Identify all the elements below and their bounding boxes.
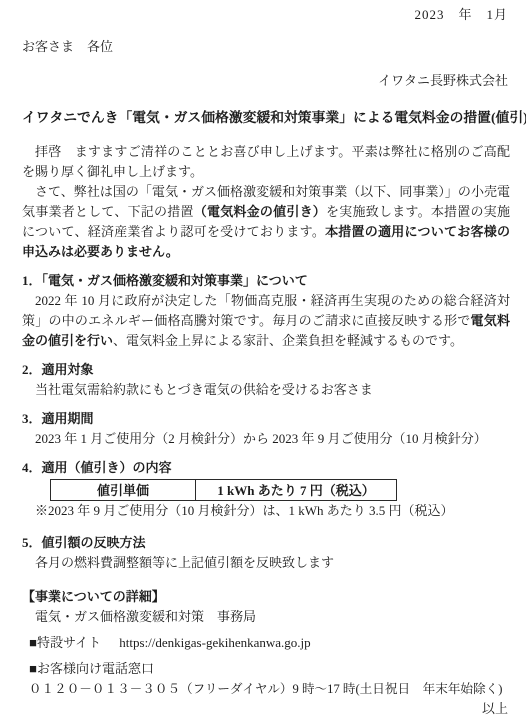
discount-table: 値引単価 1 kWh あたり 7 円（税込） [50, 479, 397, 501]
special-site-line: ■特設サイトhttps://denkigas-gekihenkanwa.go.j… [22, 633, 510, 653]
details-heading: 【事業についての詳細】 [22, 587, 510, 607]
closing-ijou: 以上 [22, 699, 510, 719]
intro-paragraph-announcement: さて、弊社は国の「電気・ガス価格激変緩和対策事業（以下、同事業）」の小売電気事業… [22, 182, 510, 262]
section-heading: 4．適用（値引き）の内容 [22, 458, 510, 478]
section-heading: 3．適用期間 [22, 409, 510, 429]
section-heading: 2．適用対象 [22, 360, 510, 380]
discount-unit-label: 値引単価 [51, 480, 196, 501]
section-body: 各月の燃料費調整額等に上記値引額を反映致します [22, 553, 510, 573]
section-period: 3．適用期間 2023 年 1 月ご使用分（2 月検針分）から 2023 年 9… [22, 409, 510, 449]
section-reflection-method: 5．値引額の反映方法 各月の燃料費調整額等に上記値引額を反映致します [22, 533, 510, 573]
discount-unit-value: 1 kWh あたり 7 円（税込） [196, 480, 397, 501]
letter-title: イワタニでんき「電気・ガス価格激変緩和対策事業」による電気料金の措置(値引) [22, 107, 510, 128]
site-url: https://denkigas-gekihenkanwa.go.jp [119, 635, 310, 650]
section-heading: 5．値引額の反映方法 [22, 533, 510, 553]
intro-paragraphs: 拝啓 ますますご清祥のこととお喜び申し上げます。平素は弊社に格別のご高配を賜り厚… [22, 142, 510, 262]
company-name: イワタニ長野株式会社 [22, 71, 510, 91]
site-label: ■特設サイト [29, 635, 101, 650]
phone-number: ０１２０－０１３－３０５（フリーダイヤル）9 時～17 時(土日祝日 年末年始除… [22, 679, 510, 699]
letter-page: 2023 年 1月 お客さま 各位 イワタニ長野株式会社 イワタニでんき「電気・… [0, 0, 526, 720]
section-eligibility: 2．適用対象 当社電気需給約款にもとづき電気の供給を受けるお客さま [22, 360, 510, 400]
section-program-overview: 1．「電気・ガス価格激変緩和対策事業」について 2022 年 10 月に政府が決… [22, 271, 510, 351]
section-body: 2022 年 10 月に政府が決定した「物価高克服・経済再生実現のための総合経済… [22, 291, 510, 351]
phone-window-label: ■お客様向け電話窓口 [22, 659, 510, 679]
section-discount-content: 4．適用（値引き）の内容 値引単価 1 kWh あたり 7 円（税込） ※202… [22, 458, 510, 521]
section-body: 当社電気需給約款にもとづき電気の供給を受けるお客さま [22, 380, 510, 400]
september-note: ※2023 年 9 月ご使用分（10 月検針分）は、1 kWh あたり 3.5 … [35, 501, 510, 521]
section-body: 2023 年 1 月ご使用分（2 月検針分）から 2023 年 9 月ご使用分（… [22, 429, 510, 449]
section-heading: 1．「電気・ガス価格激変緩和対策事業」について [22, 271, 510, 291]
details-block: 【事業についての詳細】 電気・ガス価格激変緩和対策 事務局 ■特設サイトhttp… [22, 587, 510, 699]
table-row: 値引単価 1 kWh あたり 7 円（税込） [51, 480, 397, 501]
date-line: 2023 年 1月 [22, 5, 510, 25]
office-name: 電気・ガス価格激変緩和対策 事務局 [22, 607, 510, 627]
recipient: お客さま 各位 [22, 37, 510, 57]
intro-paragraph-greeting: 拝啓 ますますご清祥のこととお喜び申し上げます。平素は弊社に格別のご高配を賜り厚… [22, 142, 510, 182]
